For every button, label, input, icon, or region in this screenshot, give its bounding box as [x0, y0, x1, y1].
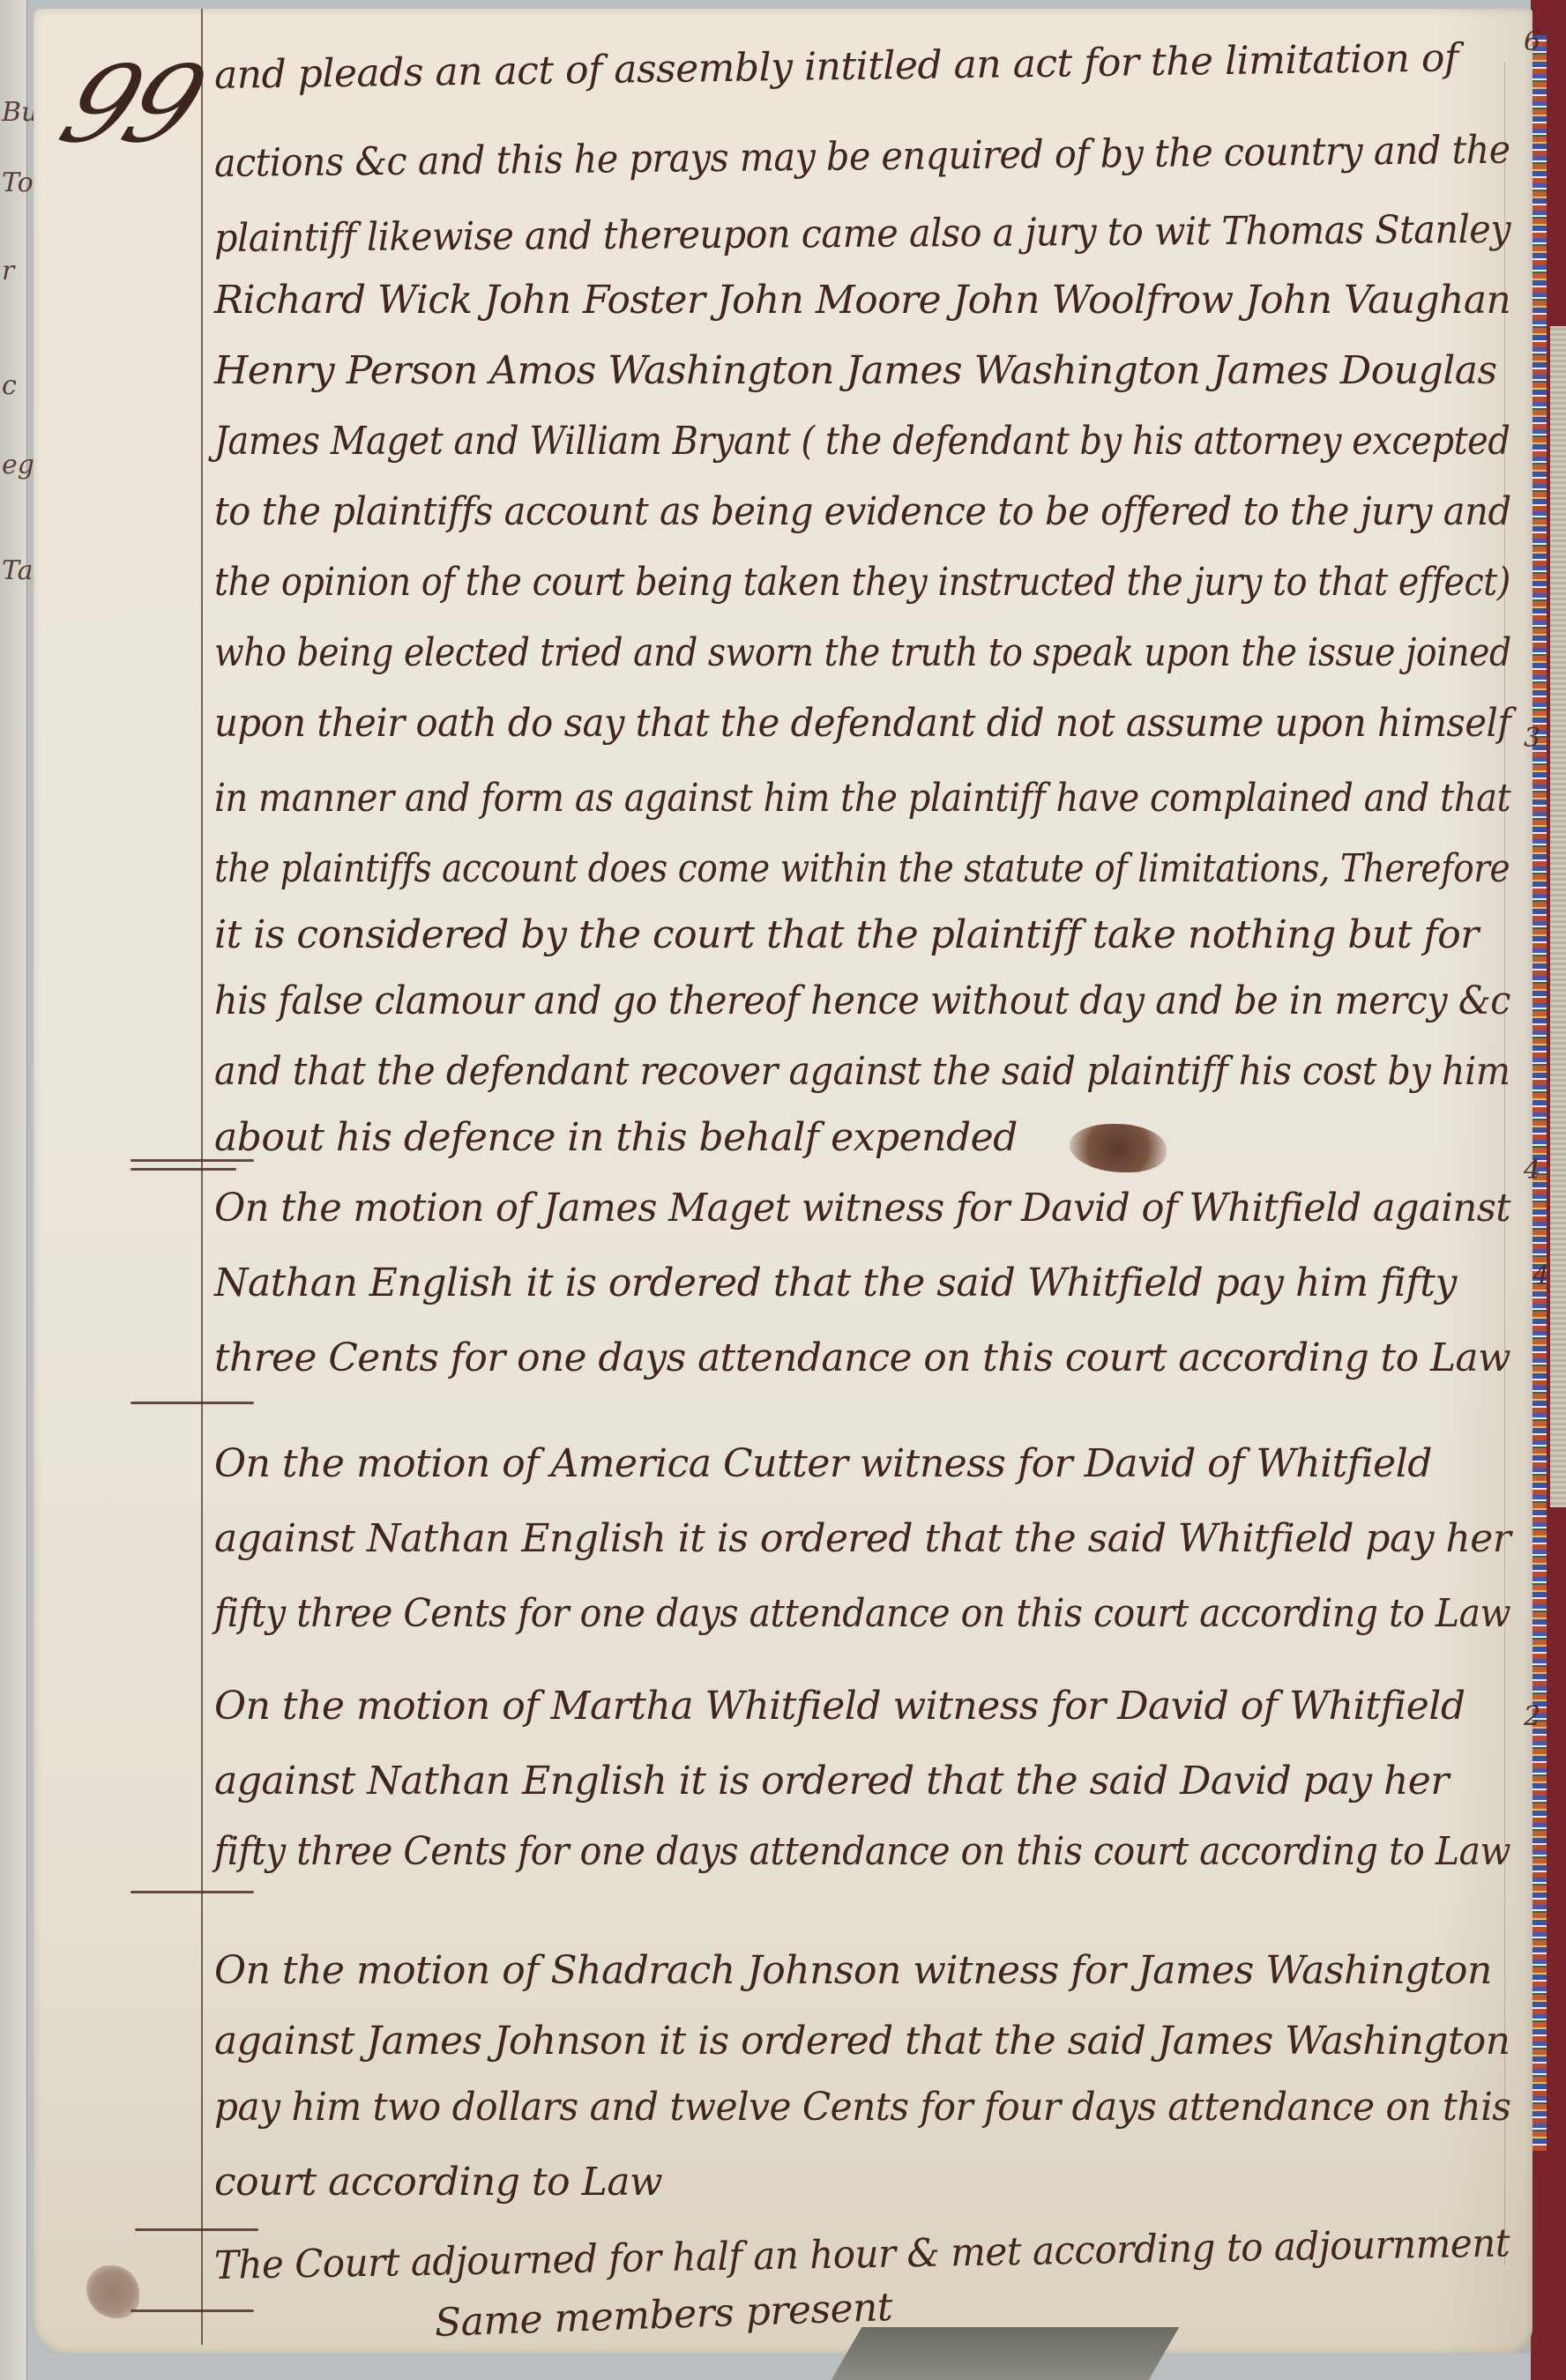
text-line: James Maget and William Bryant ( the def…: [214, 419, 1510, 464]
text-line: the opinion of the court being taken the…: [214, 560, 1510, 605]
text-line: who being elected tried and sworn the tr…: [214, 630, 1511, 675]
left-page-fragment: eg: [2, 450, 34, 480]
adjacent-left-page: Bu To r c eg Ta: [0, 0, 27, 2380]
margin-rule: [201, 9, 203, 2345]
right-margin-mark: 4: [1532, 1261, 1549, 1291]
text-line: Same members present: [434, 2285, 893, 2346]
text-line: three Cents for one days attendance on t…: [214, 1335, 1510, 1380]
text-line: about his defence in this behalf expende…: [214, 1115, 1018, 1160]
ink-stain: [1070, 1124, 1167, 1172]
right-margin-mark: 2: [1524, 1701, 1540, 1732]
text-line: to the plaintiffs account as being evide…: [214, 489, 1511, 534]
text-line: and that the defendant recover against t…: [214, 1049, 1510, 1094]
entry-separator: [130, 1159, 254, 1162]
text-line: pay him two dollars and twelve Cents for…: [214, 2085, 1510, 2130]
text-line: the plaintiffs account does come within …: [214, 846, 1510, 891]
text-line: The Court adjourned for half an hour & m…: [214, 2220, 1510, 2288]
text-line: actions &c and this he prays may be enqu…: [214, 128, 1510, 186]
table-shadow: [831, 2327, 1180, 2380]
text-line: against James Johnson it is ordered that…: [214, 2019, 1510, 2064]
text-line: plaintiff likewise and thereupon came al…: [214, 207, 1511, 261]
text-line: it is considered by the court that the p…: [214, 912, 1479, 957]
entry-separator: [130, 2309, 254, 2312]
entry-separator: [135, 2228, 258, 2231]
text-line: against Nathan English it is ordered tha…: [214, 1516, 1510, 1561]
photograph-scene: Bu To r c eg Ta 99 6 3 4 4 ur o r 2 and …: [0, 0, 1566, 2380]
entry-separator: [130, 1891, 254, 1893]
entry-separator: [130, 1402, 254, 1404]
left-page-fragment: To: [2, 167, 34, 198]
right-margin-mark: 4: [1524, 1155, 1540, 1186]
entry-separator: [130, 1168, 236, 1171]
text-line: court according to Law: [214, 2160, 662, 2205]
text-line: fifty three Cents for one days attendanc…: [214, 1829, 1510, 1874]
page-fold-line: [1504, 62, 1505, 2265]
left-page-fragment: r: [2, 256, 14, 286]
text-line: in manner and form as against him the pl…: [214, 776, 1510, 821]
marbled-page-edges: [1531, 35, 1547, 2151]
page-number: 99: [44, 44, 218, 167]
ledger-page: 99 6 3 4 4 ur o r 2 and pleads an act of…: [34, 9, 1532, 2354]
text-line: against Nathan English it is ordered tha…: [214, 1759, 1449, 1804]
left-page-fragment: Ta: [2, 555, 34, 586]
text-line: Richard Wick John Foster John Moore John…: [214, 278, 1510, 323]
text-line: On the motion of James Maget witness for…: [214, 1186, 1510, 1231]
text-line: his false clamour and go thereof hence w…: [214, 978, 1510, 1023]
text-line: On the motion of Martha Whitfield witnes…: [214, 1684, 1465, 1729]
right-margin-mark: 6: [1524, 26, 1540, 57]
text-line: upon their oath do say that the defendan…: [214, 701, 1510, 746]
text-line: fifty three Cents for one days attendanc…: [214, 1591, 1510, 1636]
text-line: On the motion of America Cutter witness …: [214, 1441, 1432, 1486]
text-line: and pleads an act of assembly intitled a…: [214, 35, 1458, 98]
left-page-fragment: c: [2, 370, 17, 401]
right-margin-mark: 3: [1524, 723, 1540, 754]
text-line: Henry Person Amos Washington James Washi…: [214, 348, 1497, 393]
text-line: Nathan English it is ordered that the sa…: [214, 1261, 1457, 1305]
text-line: On the motion of Shadrach Johnson witnes…: [214, 1948, 1492, 1993]
cover-cloth: [1550, 326, 1566, 1507]
